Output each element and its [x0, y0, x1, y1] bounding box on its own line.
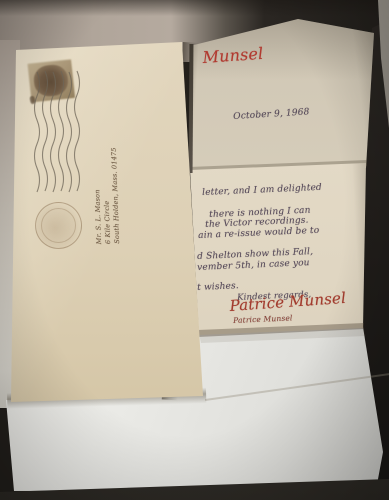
- postmark-inner-ring: [41, 208, 76, 243]
- letter-body-line: t wishes.: [197, 281, 239, 293]
- postmark-circle-icon: [35, 202, 82, 249]
- address-line: South Holden, Mass. 01475: [111, 180, 122, 244]
- photo-letter-and-envelope: Munsel October 9, 1968 letter, and I am …: [0, 0, 389, 500]
- mailing-address: Mr. S. L. Mason 6 Kile Circle South Hold…: [93, 180, 123, 245]
- cancellation-waves-icon: [32, 70, 86, 194]
